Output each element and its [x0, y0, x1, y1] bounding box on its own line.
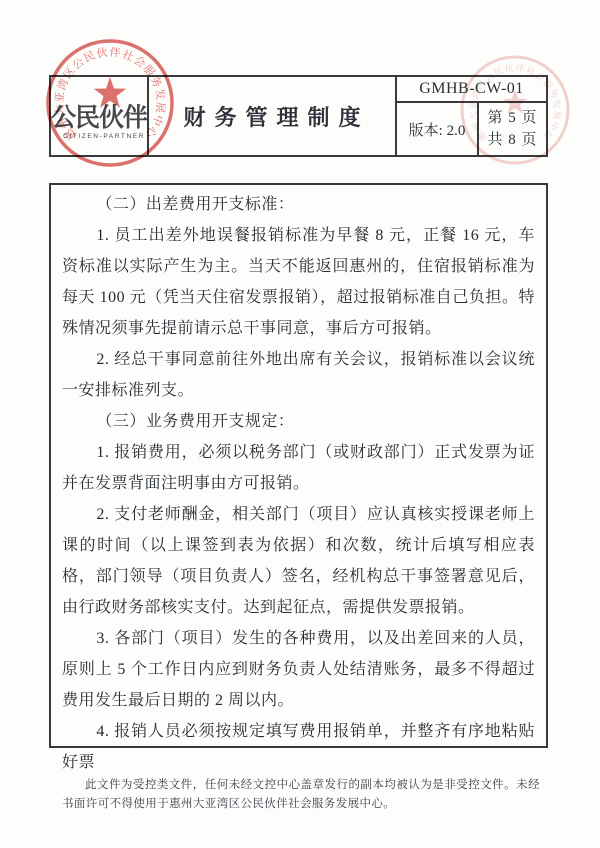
doc-number: GMHB-CW-01 [395, 77, 546, 103]
footer-note: 此文件为受控类文件，任何未经文控中心盖章发行的副本均被认为是非受控文件。未经书面… [62, 776, 540, 813]
logo-cell: 公民伙伴 CITIZEN-PARTNER [51, 77, 147, 155]
section-heading: （三）业务费用开支规定： [62, 406, 535, 437]
paragraph: 2. 经总干事同意前往外地出席有关会议，报销标准以会议统一安排标准列支。 [62, 344, 535, 406]
page-total: 共 8 页 [487, 129, 537, 151]
page-current: 第 5 页 [487, 107, 537, 129]
header-table: 公民伙伴 CITIZEN-PARTNER 财务管理制度 GMHB-CW-01 版… [49, 75, 548, 157]
logo-text: 公民伙伴 [51, 106, 147, 132]
page-indicator: 第 5 页 共 8 页 [477, 103, 546, 155]
paragraph: 1. 报销费用，必须以税务部门（或财政部门）正式发票为证并在发票背面注明事由方可… [62, 437, 535, 499]
document-page: 公民伙伴 CITIZEN-PARTNER 财务管理制度 GMHB-CW-01 版… [0, 0, 600, 848]
page-title: 财务管理制度 [147, 77, 395, 155]
paragraph: 3. 各部门（项目）发生的各种费用，以及出差回来的人员，原则上 5 个工作日内应… [62, 623, 535, 716]
logo-subtitle: CITIZEN-PARTNER [63, 133, 145, 140]
paragraph: 1. 员工出差外地误餐报销标准为早餐 8 元，正餐 16 元，车资标准以实际产生… [62, 220, 535, 344]
paragraph: 4. 报销人员必须按规定填写费用报销单，并整齐有序地粘贴好票 [62, 716, 535, 778]
paragraph: 2. 支付老师酬金，相关部门（项目）应认真核实授课老师上课的时间（以上课签到表为… [62, 499, 535, 623]
content-box: （二）出差费用开支标准： 1. 员工出差外地误餐报销标准为早餐 8 元，正餐 1… [49, 183, 548, 748]
section-heading: （二）出差费用开支标准： [62, 189, 535, 220]
version-label: 版本: 2.0 [395, 103, 477, 155]
